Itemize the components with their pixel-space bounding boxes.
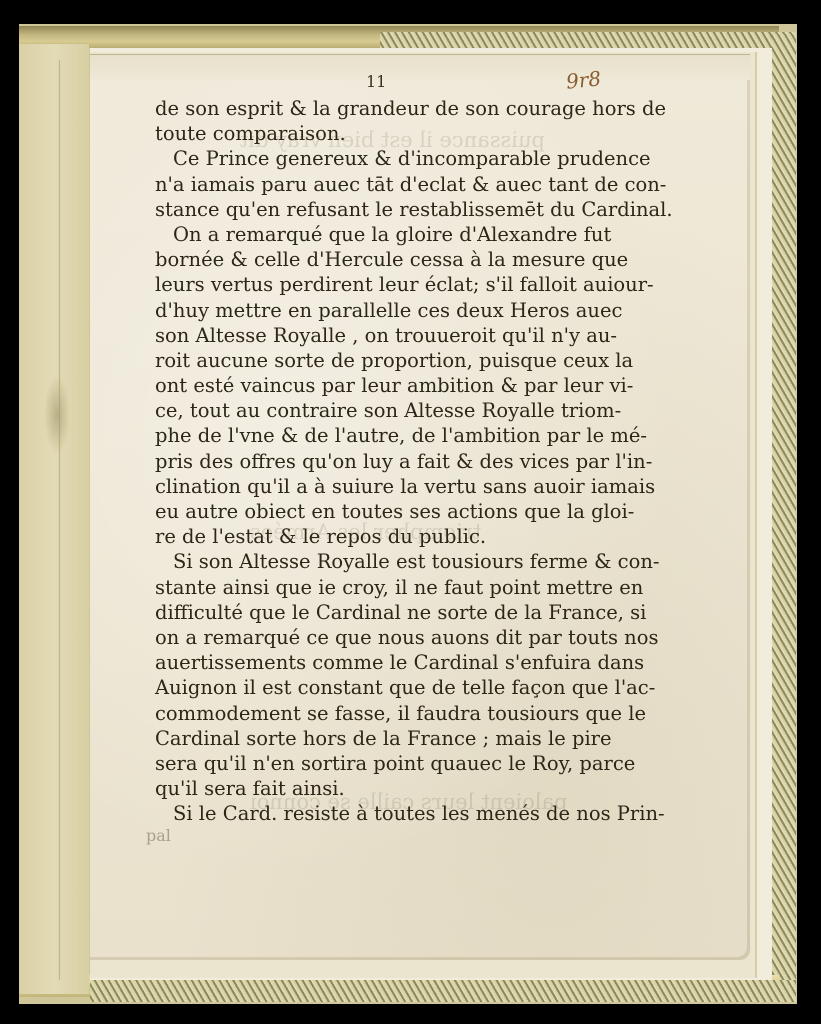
text-line: de son esprit & la grandeur de son coura…: [155, 96, 600, 121]
text-line: sera qu'il n'en sortira point quauec le …: [155, 751, 600, 776]
text-line: ce, tout au contraire son Altesse Royall…: [155, 398, 600, 423]
text-line: commodement se fasse, il faudra tousiour…: [155, 701, 600, 726]
text-line: Cardinal sorte hors de la France ; mais …: [155, 726, 600, 751]
text-line: difficulté que le Cardinal ne sorte de l…: [155, 600, 600, 625]
text-line: eu autre obiect en toutes ses actions qu…: [155, 499, 600, 524]
text-line: ont esté vaincus par leur ambition & par…: [155, 373, 600, 398]
text-line: Si le Card. resiste à toutes les menés d…: [155, 801, 600, 826]
text-line: qu'il sera fait ainsi.: [155, 776, 600, 801]
text-line: leurs vertus perdirent leur éclat; s'il …: [155, 272, 600, 297]
text-line: Si son Altesse Royalle est tousiours fer…: [155, 549, 600, 574]
text-line: on a remarqué ce que nous auons dit par …: [155, 625, 600, 650]
text-line: re de l'estat & le repos du public.: [155, 524, 600, 549]
text-line: phe de l'vne & de l'autre, de l'ambition…: [155, 423, 600, 448]
text-line: stance qu'en refusant le restablissemēt …: [155, 197, 600, 222]
text-line: On a remarqué que la gloire d'Alexandre …: [155, 222, 600, 247]
frame-bottom: [90, 980, 796, 1002]
text-line: son Altesse Royalle , on trouueroit qu'i…: [155, 323, 600, 348]
text-line: stante ainsi que ie croy, il ne faut poi…: [155, 575, 600, 600]
text-line: auertissements comme le Cardinal s'enfui…: [155, 650, 600, 675]
frame-top: [380, 32, 796, 48]
body-text: de son esprit & la grandeur de son coura…: [155, 96, 600, 826]
text-line: d'huy mettre en parallelle ces deux Hero…: [155, 298, 600, 323]
catchword: pal: [146, 826, 171, 845]
text-line: Auignon il est constant que de telle faç…: [155, 675, 600, 700]
text-line: pris des offres qu'on luy a fait & des v…: [155, 449, 600, 474]
binding-thread: [58, 60, 61, 980]
text-line: bornée & celle d'Hercule cessa à la mesu…: [155, 247, 600, 272]
binding-hinge: [19, 44, 89, 994]
leaf-top-edge: [90, 54, 750, 83]
text-line: clination qu'il a à suiure la vertu sans…: [155, 474, 600, 499]
stain: [44, 375, 70, 455]
page-number: 11: [366, 72, 386, 91]
text-line: Ce Prince genereux & d'incomparable prud…: [155, 146, 600, 171]
text-line: roit aucune sorte de proportion, puisque…: [155, 348, 600, 373]
frame-right: [772, 34, 796, 1002]
handwritten-annotation: 9r8: [565, 66, 602, 94]
text-line: n'a iamais paru auec tāt d'eclat & auec …: [155, 172, 600, 197]
text-line: toute comparaison.: [155, 121, 600, 146]
